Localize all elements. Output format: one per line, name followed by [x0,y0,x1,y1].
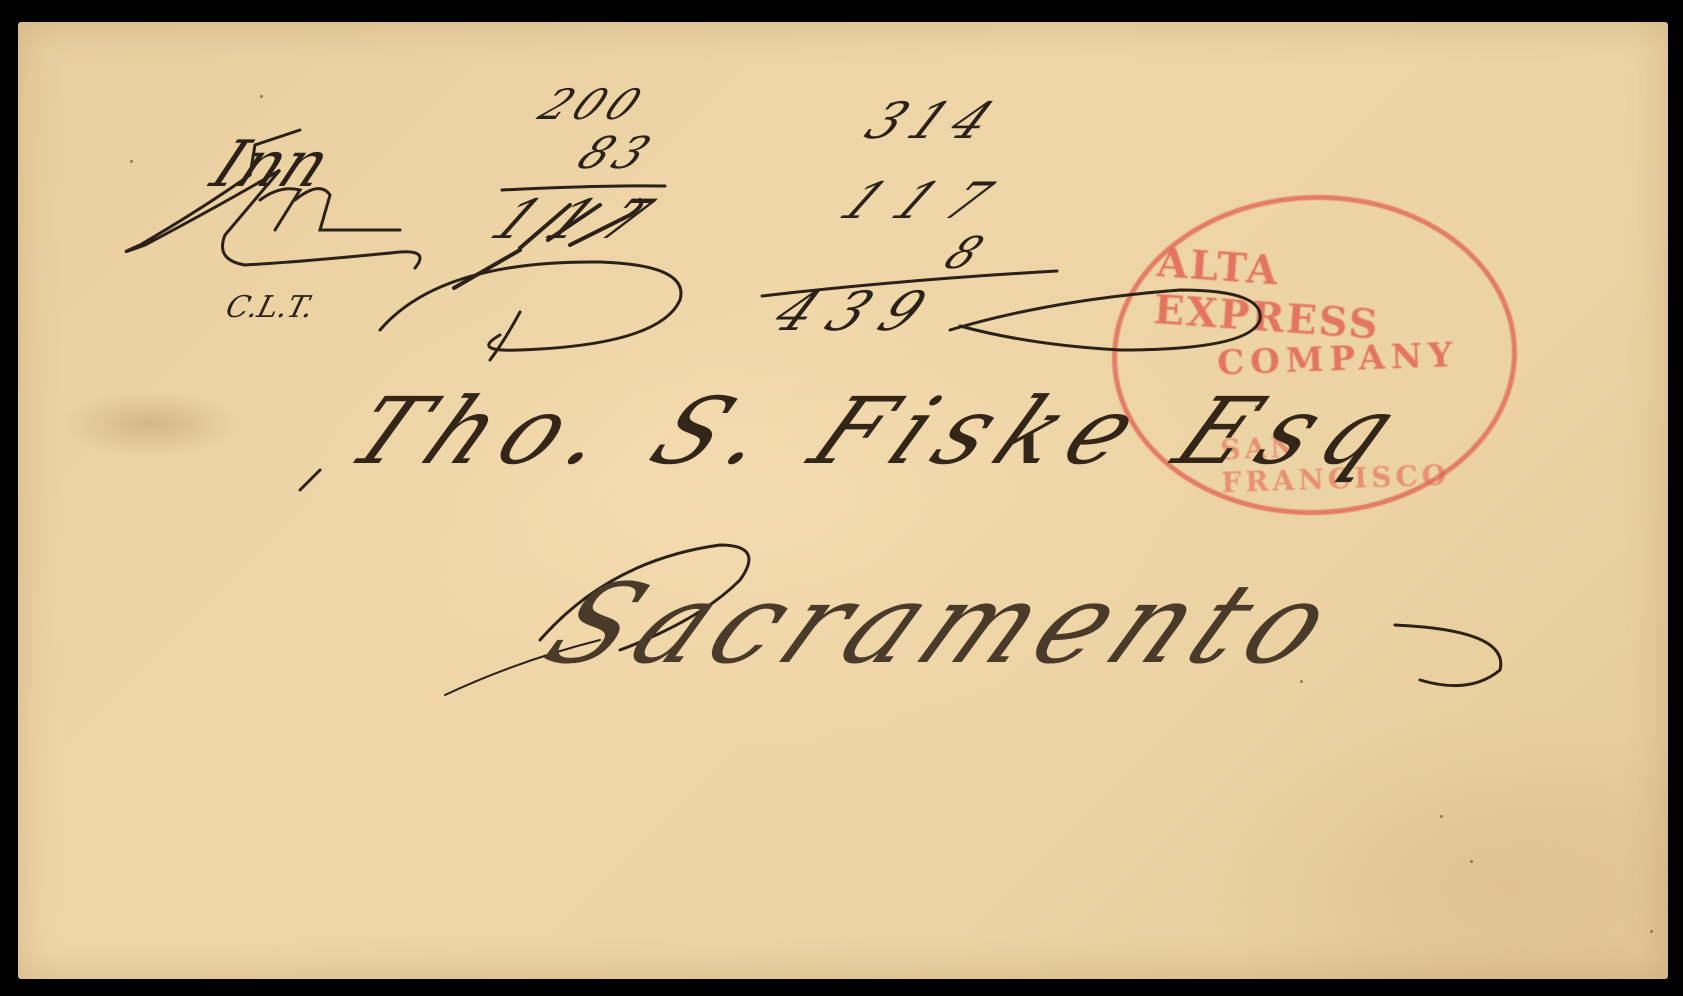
destination: Sacramento [525,560,1364,688]
addressee: Tho. S. Fiske Esq [330,378,1429,485]
docket-initials: C.L.T. [222,290,317,325]
